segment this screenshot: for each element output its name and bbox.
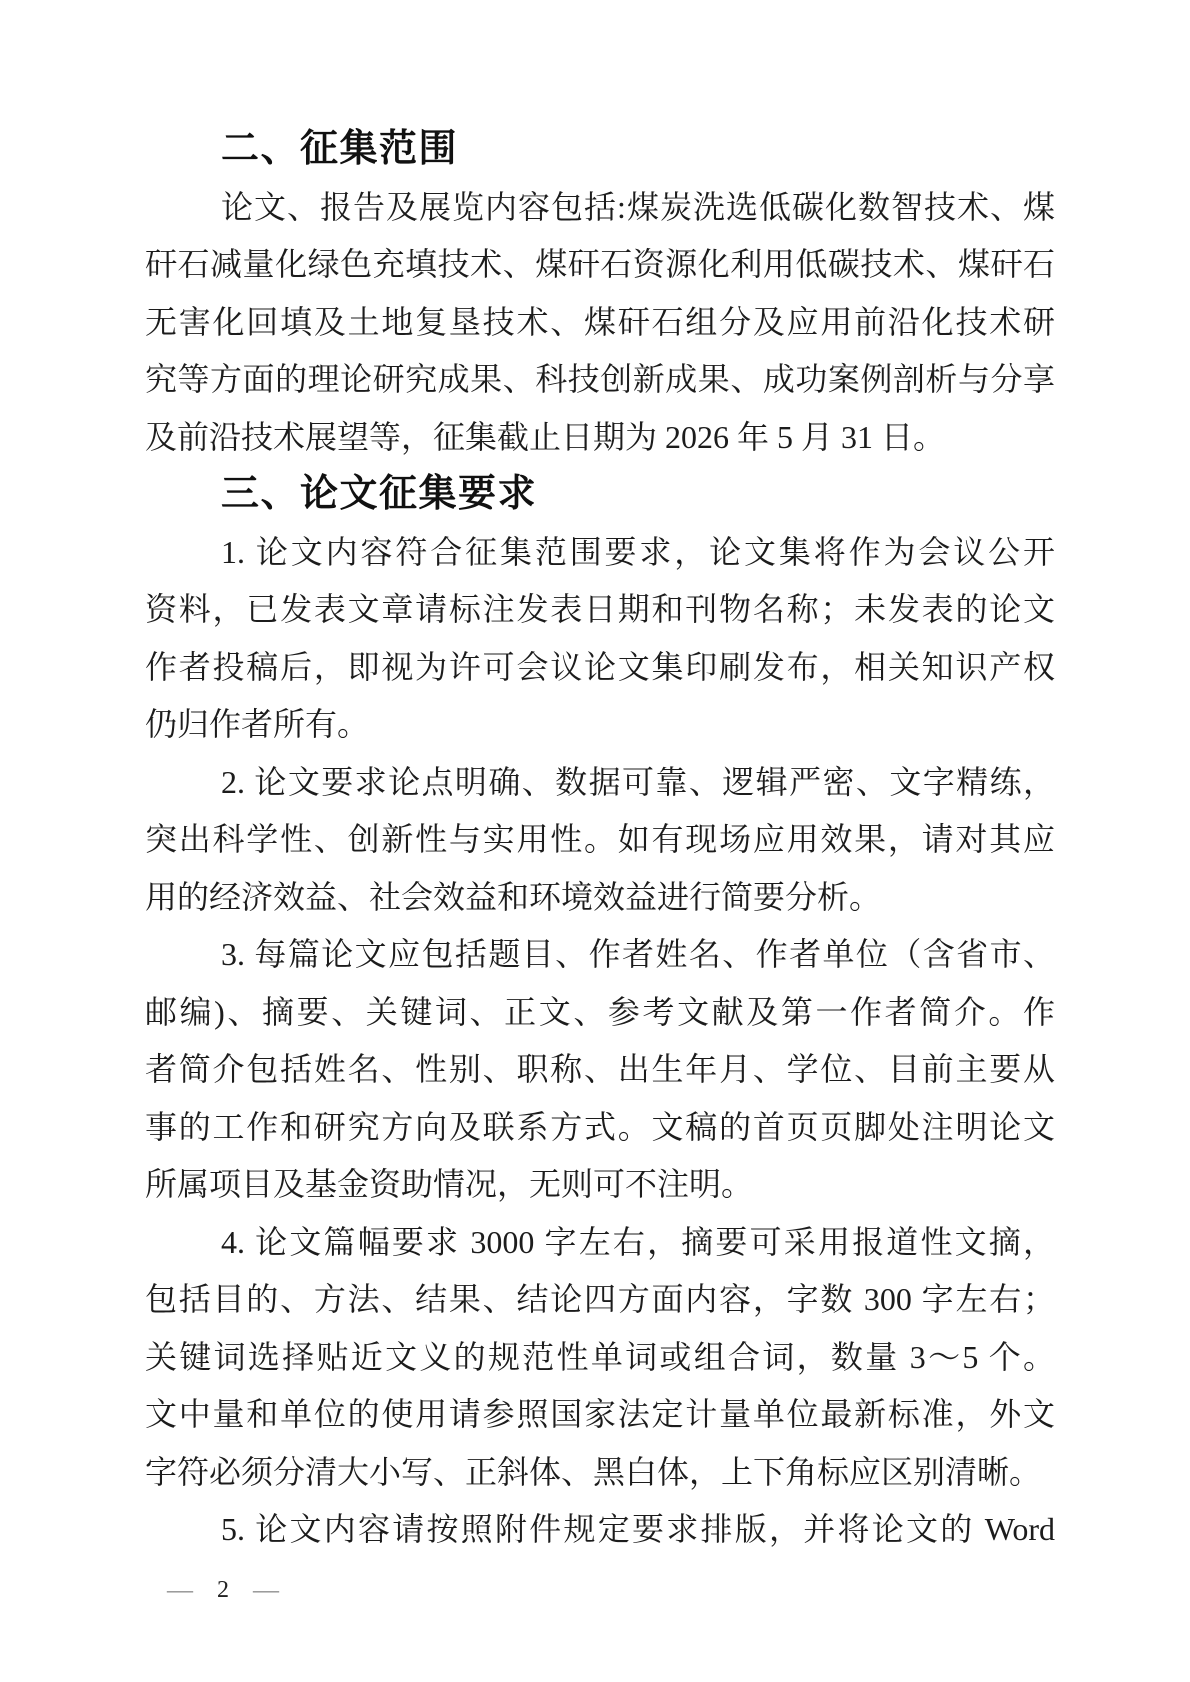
paragraph-line: 4. 论文篇幅要求 3000 字左右，摘要可采用报道性文摘， xyxy=(145,1214,1055,1272)
paragraph-line: 无害化回填及土地复垦技术、煤矸石组分及应用前沿化技术研 xyxy=(145,294,1055,352)
paragraph-line: 事的工作和研究方向及联系方式。文稿的首页页脚处注明论文 xyxy=(145,1099,1055,1157)
paragraph-line: 文中量和单位的使用请参照国家法定计量单位最新标准，外文 xyxy=(145,1386,1055,1444)
paragraph-line: 作者投稿后，即视为许可会议论文集印刷发布，相关知识产权 xyxy=(145,639,1055,697)
paragraph-line: 资料，已发表文章请标注发表日期和刊物名称；未发表的论文 xyxy=(145,581,1055,639)
paragraph-line: 2. 论文要求论点明确、数据可靠、逻辑严密、文字精练， xyxy=(145,754,1055,812)
paragraph-line: 论文、报告及展览内容包括:煤炭洗选低碳化数智技术、煤 xyxy=(145,179,1055,237)
section-heading: 二、征集范围 xyxy=(145,121,1055,179)
paragraph-line: 究等方面的理论研究成果、科技创新成果、成功案例剖析与分享 xyxy=(145,351,1055,409)
page-footer: — 2 — xyxy=(167,1570,279,1610)
paragraph-line: 者简介包括姓名、性别、职称、出生年月、学位、目前主要从 xyxy=(145,1041,1055,1099)
paragraph-line: 邮编)、摘要、关键词、正文、参考文献及第一作者简介。作 xyxy=(145,984,1055,1042)
footer-dash-left: — xyxy=(167,1570,193,1610)
paragraph-line: 及前沿技术展望等，征集截止日期为 2026 年 5 月 31 日。 xyxy=(145,409,1055,467)
paragraph-line: 1. 论文内容符合征集范围要求，论文集将作为会议公开 xyxy=(145,524,1055,582)
page-number: 2 xyxy=(217,1570,229,1610)
document-body: 二、征集范围论文、报告及展览内容包括:煤炭洗选低碳化数智技术、煤矸石减量化绿色充… xyxy=(145,121,1055,1559)
footer-dash-right: — xyxy=(253,1570,279,1610)
paragraph-line: 仍归作者所有。 xyxy=(145,696,1055,754)
paragraph-line: 突出科学性、创新性与实用性。如有现场应用效果，请对其应 xyxy=(145,811,1055,869)
paragraph-line: 所属项目及基金资助情况，无则可不注明。 xyxy=(145,1156,1055,1214)
document-page: 二、征集范围论文、报告及展览内容包括:煤炭洗选低碳化数智技术、煤矸石减量化绿色充… xyxy=(0,0,1190,1682)
paragraph-line: 包括目的、方法、结果、结论四方面内容，字数 300 字左右； xyxy=(145,1271,1055,1329)
paragraph-line: 字符必须分清大小写、正斜体、黑白体，上下角标应区别清晰。 xyxy=(145,1444,1055,1502)
paragraph-line: 关键词选择贴近文义的规范性单词或组合词，数量 3～5 个。 xyxy=(145,1329,1055,1387)
paragraph-line: 矸石减量化绿色充填技术、煤矸石资源化利用低碳技术、煤矸石 xyxy=(145,236,1055,294)
paragraph-line: 5. 论文内容请按照附件规定要求排版，并将论文的 Word xyxy=(145,1501,1055,1559)
section-heading: 三、论文征集要求 xyxy=(145,466,1055,524)
paragraph-line: 3. 每篇论文应包括题目、作者姓名、作者单位（含省市、 xyxy=(145,926,1055,984)
paragraph-line: 用的经济效益、社会效益和环境效益进行简要分析。 xyxy=(145,869,1055,927)
